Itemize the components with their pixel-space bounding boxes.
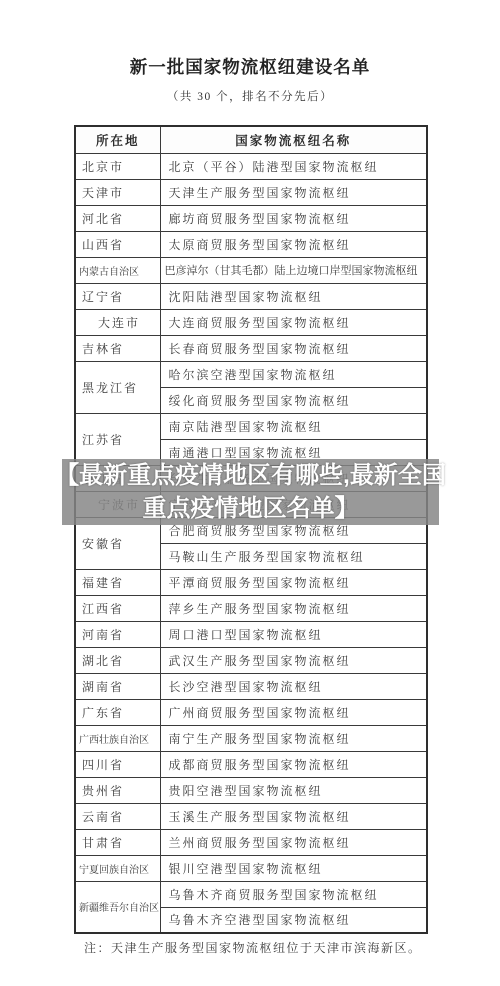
watermark-text-line1: 【最新重点疫情地区有哪些,最新全国 bbox=[55, 459, 446, 492]
region-cell: 四川省 bbox=[75, 751, 160, 777]
region-cell: 河南省 bbox=[75, 621, 160, 647]
table-row: 新疆维吾尔自治区乌鲁木齐商贸服务型国家物流枢纽 bbox=[75, 881, 427, 907]
hub-cell: 广州商贸服务型国家物流枢纽 bbox=[160, 699, 427, 725]
region-cell: 大连市 bbox=[75, 309, 160, 335]
table-row: 四川省成都商贸服务型国家物流枢纽 bbox=[75, 751, 427, 777]
table-row: 山西省太原商贸服务型国家物流枢纽 bbox=[75, 231, 427, 257]
hub-cell: 武汉生产服务型国家物流枢纽 bbox=[160, 647, 427, 673]
hub-cell: 巴彦淖尔（甘其毛都）陆上边境口岸型国家物流枢纽 bbox=[160, 257, 427, 283]
region-cell: 湖南省 bbox=[75, 673, 160, 699]
table-row: 广东省广州商贸服务型国家物流枢纽 bbox=[75, 699, 427, 725]
hub-cell: 银川空港型国家物流枢纽 bbox=[160, 855, 427, 881]
table-row: 贵州省贵阳空港型国家物流枢纽 bbox=[75, 777, 427, 803]
table-header: 所在地 国家物流枢纽名称 bbox=[75, 126, 427, 153]
header-cell-region: 所在地 bbox=[75, 126, 160, 153]
hub-cell: 沈阳陆港型国家物流枢纽 bbox=[160, 283, 427, 309]
header-row: 所在地 国家物流枢纽名称 bbox=[75, 126, 427, 153]
hub-cell: 成都商贸服务型国家物流枢纽 bbox=[160, 751, 427, 777]
table-row: 广西壮族自治区南宁生产服务型国家物流枢纽 bbox=[75, 725, 427, 751]
table-row: 湖南省长沙空港型国家物流枢纽 bbox=[75, 673, 427, 699]
region-cell: 新疆维吾尔自治区 bbox=[75, 881, 160, 933]
footnote: 注：天津生产服务型国家物流枢纽位于天津市滨海新区。 bbox=[84, 939, 422, 956]
region-cell: 云南省 bbox=[75, 803, 160, 829]
region-cell: 吉林省 bbox=[75, 335, 160, 361]
region-cell: 河北省 bbox=[75, 205, 160, 231]
table-row: 湖北省武汉生产服务型国家物流枢纽 bbox=[75, 647, 427, 673]
table-row: 江苏省南京陆港型国家物流枢纽 bbox=[75, 413, 427, 439]
table-row: 大连市大连商贸服务型国家物流枢纽 bbox=[75, 309, 427, 335]
region-cell: 江西省 bbox=[75, 595, 160, 621]
region-cell: 辽宁省 bbox=[75, 283, 160, 309]
hub-table-body: 北京市北京（平谷）陆港型国家物流枢纽天津市天津生产服务型国家物流枢纽河北省廊坊商… bbox=[75, 153, 427, 933]
region-cell: 黑龙江省 bbox=[75, 361, 160, 413]
page-subtitle: （共 30 个，排名不分先后） bbox=[0, 88, 500, 104]
table-row: 宁夏回族自治区银川空港型国家物流枢纽 bbox=[75, 855, 427, 881]
region-cell: 甘肃省 bbox=[75, 829, 160, 855]
hub-cell: 廊坊商贸服务型国家物流枢纽 bbox=[160, 205, 427, 231]
table-row: 吉林省长春商贸服务型国家物流枢纽 bbox=[75, 335, 427, 361]
table-row: 内蒙古自治区巴彦淖尔（甘其毛都）陆上边境口岸型国家物流枢纽 bbox=[75, 257, 427, 283]
hub-cell: 长沙空港型国家物流枢纽 bbox=[160, 673, 427, 699]
hub-cell: 大连商贸服务型国家物流枢纽 bbox=[160, 309, 427, 335]
hub-cell: 天津生产服务型国家物流枢纽 bbox=[160, 179, 427, 205]
region-cell: 宁夏回族自治区 bbox=[75, 855, 160, 881]
region-cell: 内蒙古自治区 bbox=[75, 257, 160, 283]
region-cell: 福建省 bbox=[75, 569, 160, 595]
article-page: 新一批国家物流枢纽建设名单 （共 30 个，排名不分先后） 所在地 国家物流枢纽… bbox=[0, 0, 500, 986]
hub-cell: 太原商贸服务型国家物流枢纽 bbox=[160, 231, 427, 257]
logistics-hub-table: 所在地 国家物流枢纽名称 北京市北京（平谷）陆港型国家物流枢纽天津市天津生产服务… bbox=[74, 125, 428, 934]
table-row: 河南省周口港口型国家物流枢纽 bbox=[75, 621, 427, 647]
hub-cell: 长春商贸服务型国家物流枢纽 bbox=[160, 335, 427, 361]
hub-cell: 北京（平谷）陆港型国家物流枢纽 bbox=[160, 153, 427, 179]
watermark-text-line2: 重点疫情地区名单】 bbox=[143, 492, 359, 525]
hub-cell: 乌鲁木齐商贸服务型国家物流枢纽 bbox=[160, 881, 427, 907]
table-row: 黑龙江省哈尔滨空港型国家物流枢纽 bbox=[75, 361, 427, 387]
table-row: 福建省平潭商贸服务型国家物流枢纽 bbox=[75, 569, 427, 595]
region-cell: 广西壮族自治区 bbox=[75, 725, 160, 751]
hub-cell: 玉溪生产服务型国家物流枢纽 bbox=[160, 803, 427, 829]
hub-cell: 萍乡生产服务型国家物流枢纽 bbox=[160, 595, 427, 621]
hub-cell: 南京陆港型国家物流枢纽 bbox=[160, 413, 427, 439]
table-row: 北京市北京（平谷）陆港型国家物流枢纽 bbox=[75, 153, 427, 179]
table-row: 辽宁省沈阳陆港型国家物流枢纽 bbox=[75, 283, 427, 309]
table-row: 云南省玉溪生产服务型国家物流枢纽 bbox=[75, 803, 427, 829]
hub-cell: 南宁生产服务型国家物流枢纽 bbox=[160, 725, 427, 751]
region-cell: 山西省 bbox=[75, 231, 160, 257]
region-cell: 北京市 bbox=[75, 153, 160, 179]
hub-cell: 马鞍山生产服务型国家物流枢纽 bbox=[160, 543, 427, 569]
region-cell: 贵州省 bbox=[75, 777, 160, 803]
hub-cell: 周口港口型国家物流枢纽 bbox=[160, 621, 427, 647]
hub-cell: 绥化商贸服务型国家物流枢纽 bbox=[160, 387, 427, 413]
hub-cell: 哈尔滨空港型国家物流枢纽 bbox=[160, 361, 427, 387]
page-title: 新一批国家物流枢纽建设名单 bbox=[0, 54, 500, 79]
region-cell: 江苏省 bbox=[75, 413, 160, 465]
hub-cell: 贵阳空港型国家物流枢纽 bbox=[160, 777, 427, 803]
table-row: 天津市天津生产服务型国家物流枢纽 bbox=[75, 179, 427, 205]
hub-cell: 兰州商贸服务型国家物流枢纽 bbox=[160, 829, 427, 855]
hub-cell: 平潭商贸服务型国家物流枢纽 bbox=[160, 569, 427, 595]
region-cell: 天津市 bbox=[75, 179, 160, 205]
region-cell: 广东省 bbox=[75, 699, 160, 725]
watermark-overlay: 【最新重点疫情地区有哪些,最新全国 重点疫情地区名单】 bbox=[62, 459, 439, 525]
table-row: 江西省萍乡生产服务型国家物流枢纽 bbox=[75, 595, 427, 621]
table-row: 甘肃省兰州商贸服务型国家物流枢纽 bbox=[75, 829, 427, 855]
header-cell-hub: 国家物流枢纽名称 bbox=[160, 126, 427, 153]
hub-cell: 乌鲁木齐空港型国家物流枢纽 bbox=[160, 907, 427, 933]
region-cell: 湖北省 bbox=[75, 647, 160, 673]
table-row: 河北省廊坊商贸服务型国家物流枢纽 bbox=[75, 205, 427, 231]
